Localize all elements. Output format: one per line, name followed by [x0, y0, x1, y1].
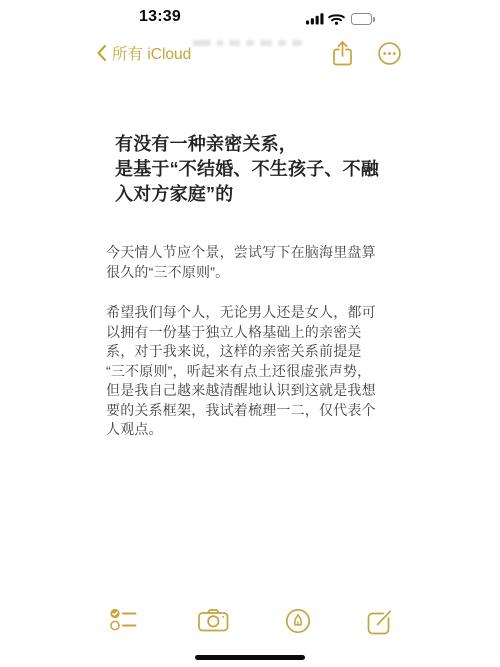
note-paragraph-2: 希望我们每个人，无论男人还是女人，都可 以拥有一份基于独立人格基础上的亲密关 系…: [106, 303, 406, 440]
markup-icon: [285, 608, 311, 634]
compose-icon: [367, 608, 394, 635]
note-title: 有没有一种亲密关系， 是基于“不结婚、不生孩子、不融 入对方家庭”的: [115, 132, 407, 207]
home-indicator[interactable]: [195, 655, 305, 660]
chevron-left-icon: [96, 44, 107, 62]
nav-bar: 所有 iCloud: [0, 34, 500, 70]
battery-icon: [351, 13, 375, 25]
back-button[interactable]: 所有 iCloud: [96, 40, 191, 66]
compose-button[interactable]: [365, 606, 396, 637]
notes-app-screen: 13:39: [0, 0, 500, 667]
note-paragraph-1: 今天情人节应个景，尝试写下在脑海里盘算 很久的“三不原则”。: [106, 243, 406, 282]
camera-button[interactable]: [196, 606, 231, 634]
bottom-toolbar: [0, 604, 500, 640]
camera-icon: [198, 608, 229, 632]
status-icons: [306, 12, 406, 26]
cellular-signal-icon: [306, 13, 324, 25]
status-bar: 13:39: [0, 0, 500, 34]
checklist-button[interactable]: [108, 606, 140, 633]
back-button-label: 所有 iCloud: [112, 42, 191, 64]
nav-actions: [329, 38, 404, 69]
markup-button[interactable]: [283, 606, 313, 636]
note-editor[interactable]: 有没有一种亲密关系， 是基于“不结婚、不生孩子、不融 入对方家庭”的 今天情人节…: [0, 70, 500, 590]
checklist-icon: [110, 608, 138, 631]
wifi-icon: [328, 13, 345, 25]
status-time: 13:39: [128, 8, 192, 26]
more-button[interactable]: [375, 39, 404, 68]
share-button[interactable]: [329, 38, 356, 69]
ellipsis-circle-icon: [377, 41, 402, 66]
faint-watermark: [193, 38, 325, 48]
share-icon: [331, 40, 354, 67]
